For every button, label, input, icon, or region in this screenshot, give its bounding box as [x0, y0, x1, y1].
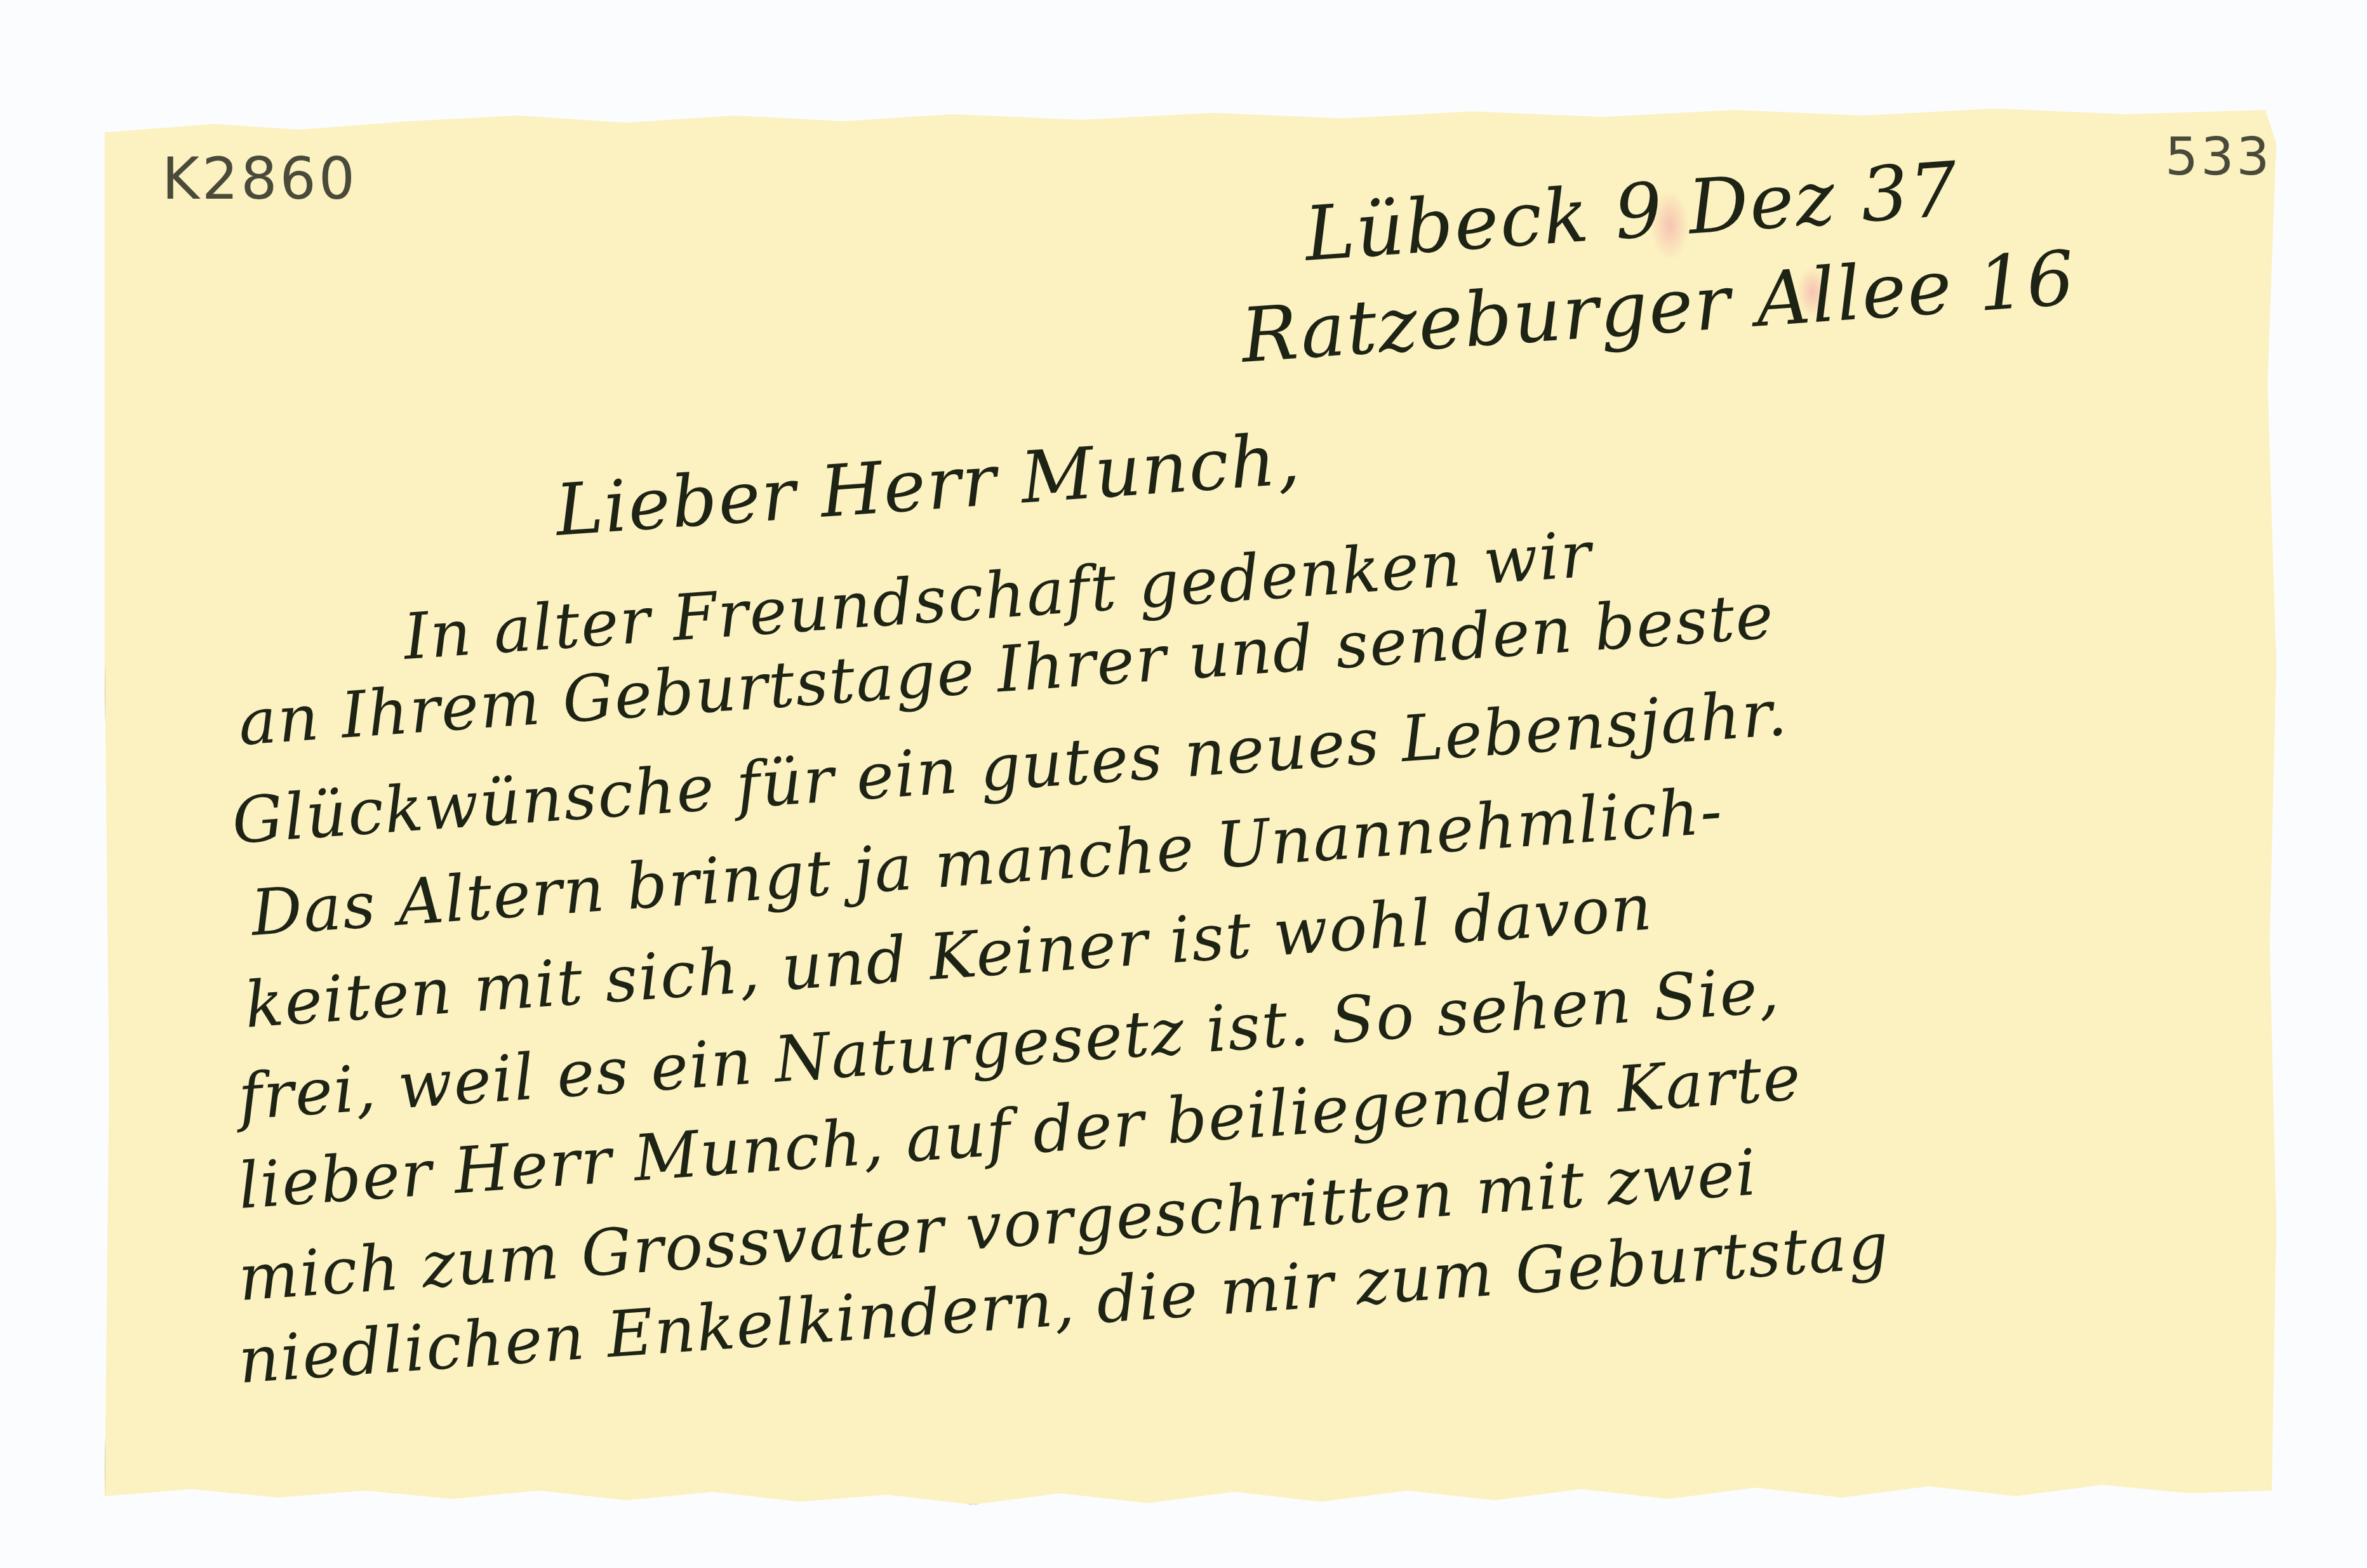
archive-id: K2860	[162, 146, 357, 213]
folio-number: 533	[2165, 127, 2272, 187]
